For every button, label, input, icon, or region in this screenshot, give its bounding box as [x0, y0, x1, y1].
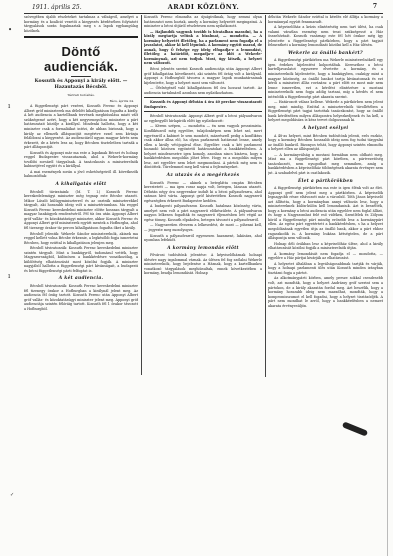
section-title: Wekerle az önálló bankért? [268, 52, 383, 57]
paragraph: délután Wekerle Sándor ezúttal is kérdés… [268, 15, 383, 24]
paragraph: Kossuth Ferenc elmondta az újságíróknak,… [144, 15, 262, 29]
column-2: Kossuth Ferenc elmondta az újságíróknak,… [144, 15, 262, 375]
paragraph: — Őfelségénél való kihallgatásom fél óra… [144, 86, 262, 95]
column-3: délután Wekerle Sándor ezúttal is kérdés… [268, 15, 383, 370]
paragraph: Kossuth és Apponyi már ma este a lapokna… [24, 151, 138, 169]
paragraph: A kormány lemondását nem fogadja el — mo… [268, 252, 383, 261]
paragraph: — Határozott válasz kellene. Wekerle a p… [268, 100, 383, 123]
paragraph: Bécsből táviratozzák: Kossuth Ferenc ker… [24, 284, 138, 311]
paragraph: A mai események során a jövő eshetőségei… [24, 170, 138, 179]
column-divider [141, 15, 142, 375]
paragraph: Bécsi jelentés szerint Kossuth audienciá… [144, 67, 262, 85]
article-subheadline: Kossuth és Apponyi a király előtt. — Haz… [28, 79, 134, 91]
paragraph: A függetlenségi párt vezérei, Kossuth Fe… [24, 104, 138, 149]
dateline: Távirati tudósítás. [24, 93, 138, 98]
paragraph: A függetlenségi pártkörben ma este is ig… [268, 186, 383, 241]
column-1: szövegében újabb részleteket tartalmaz a… [24, 15, 138, 415]
page-edge [387, 20, 388, 556]
paragraph: — Nagyszerűen élvezem a lelkesedést, de … [144, 223, 262, 232]
divider [71, 76, 91, 77]
paragraph: Holnap déli órákban lesz a képviselőház … [268, 242, 383, 251]
paragraph: A függetlenségi pártkörben ma Wekerle mi… [268, 58, 383, 99]
paragraph: Fővárosi tudósítónk jelentése: A képvise… [144, 253, 262, 276]
article-headline: Döntő audienciák. [24, 44, 138, 74]
page-number: 7 [373, 3, 377, 10]
column-divider [265, 15, 266, 377]
section-title: A helyzet esélyei [268, 127, 383, 132]
ink-blot [342, 421, 368, 436]
paragraph: Bécsből jelentik: Wekerle Sándor miniszt… [24, 232, 138, 246]
paragraph: — Hajlandók vagyunk tovább is hivatalban… [144, 30, 262, 66]
paragraph: Bécsből távirataink: (M. T. I.) Kossuth … [24, 190, 138, 231]
section-title: A kihallgatás előtt [24, 183, 138, 188]
divider [144, 111, 262, 112]
margin-mark-icon: ı [8, 272, 10, 280]
header-rule [24, 13, 383, 14]
divider [144, 97, 262, 98]
section-title: A kormány lemondás előtt [144, 247, 262, 252]
bold-notice: Kossuth és Apponyi délután 4 óra 40 perc… [144, 100, 262, 109]
margin-mark-icon: • [8, 26, 12, 34]
paragraph: A helyzetet általában a legválságosabbna… [268, 262, 383, 276]
section-title: A két audiencia. [24, 277, 138, 282]
paragraph: Bécsből táviratozzák: Kossuth Ferenc ker… [24, 246, 138, 273]
newspaper-title: ARADI KÖZLÖNY. [24, 3, 383, 11]
section-title: Élet a pártkörökben [268, 180, 383, 185]
byline: Bécs, április 24. [24, 99, 134, 104]
paragraph: Kossuth a pályaudvarról egyenesen hazame… [144, 234, 262, 243]
divider [24, 36, 138, 38]
paragraph: Az alkotmánypárti körben, amely persze s… [268, 276, 383, 308]
paragraph: Bécsből táviratozzák: Apponyi Albert gró… [144, 114, 262, 123]
paragraph: — A kormányválság a mostani formában nem… [268, 153, 383, 176]
paragraph: A budapesti pályaudvaron Kossuth hatalma… [144, 204, 262, 222]
margin-mark-icon: ✓ [10, 492, 14, 498]
intro-paragraph: szövegében újabb részleteket tartalmaz a… [24, 15, 138, 33]
section-title: Az utazás és a megérkezés [144, 174, 262, 179]
paragraph: A képviselőház a krízis elintézéséig nem… [268, 25, 383, 48]
margin-mark-icon: ı [8, 102, 10, 110]
paragraph: — Kérem szépen, — mondotta — én nem vagy… [144, 124, 262, 169]
paragraph: A 48-as helyzet, mint Bécsben tudósítónk… [268, 134, 383, 152]
paragraph: Kossuth Ferenc — akinek a beteglátta csu… [144, 181, 262, 204]
